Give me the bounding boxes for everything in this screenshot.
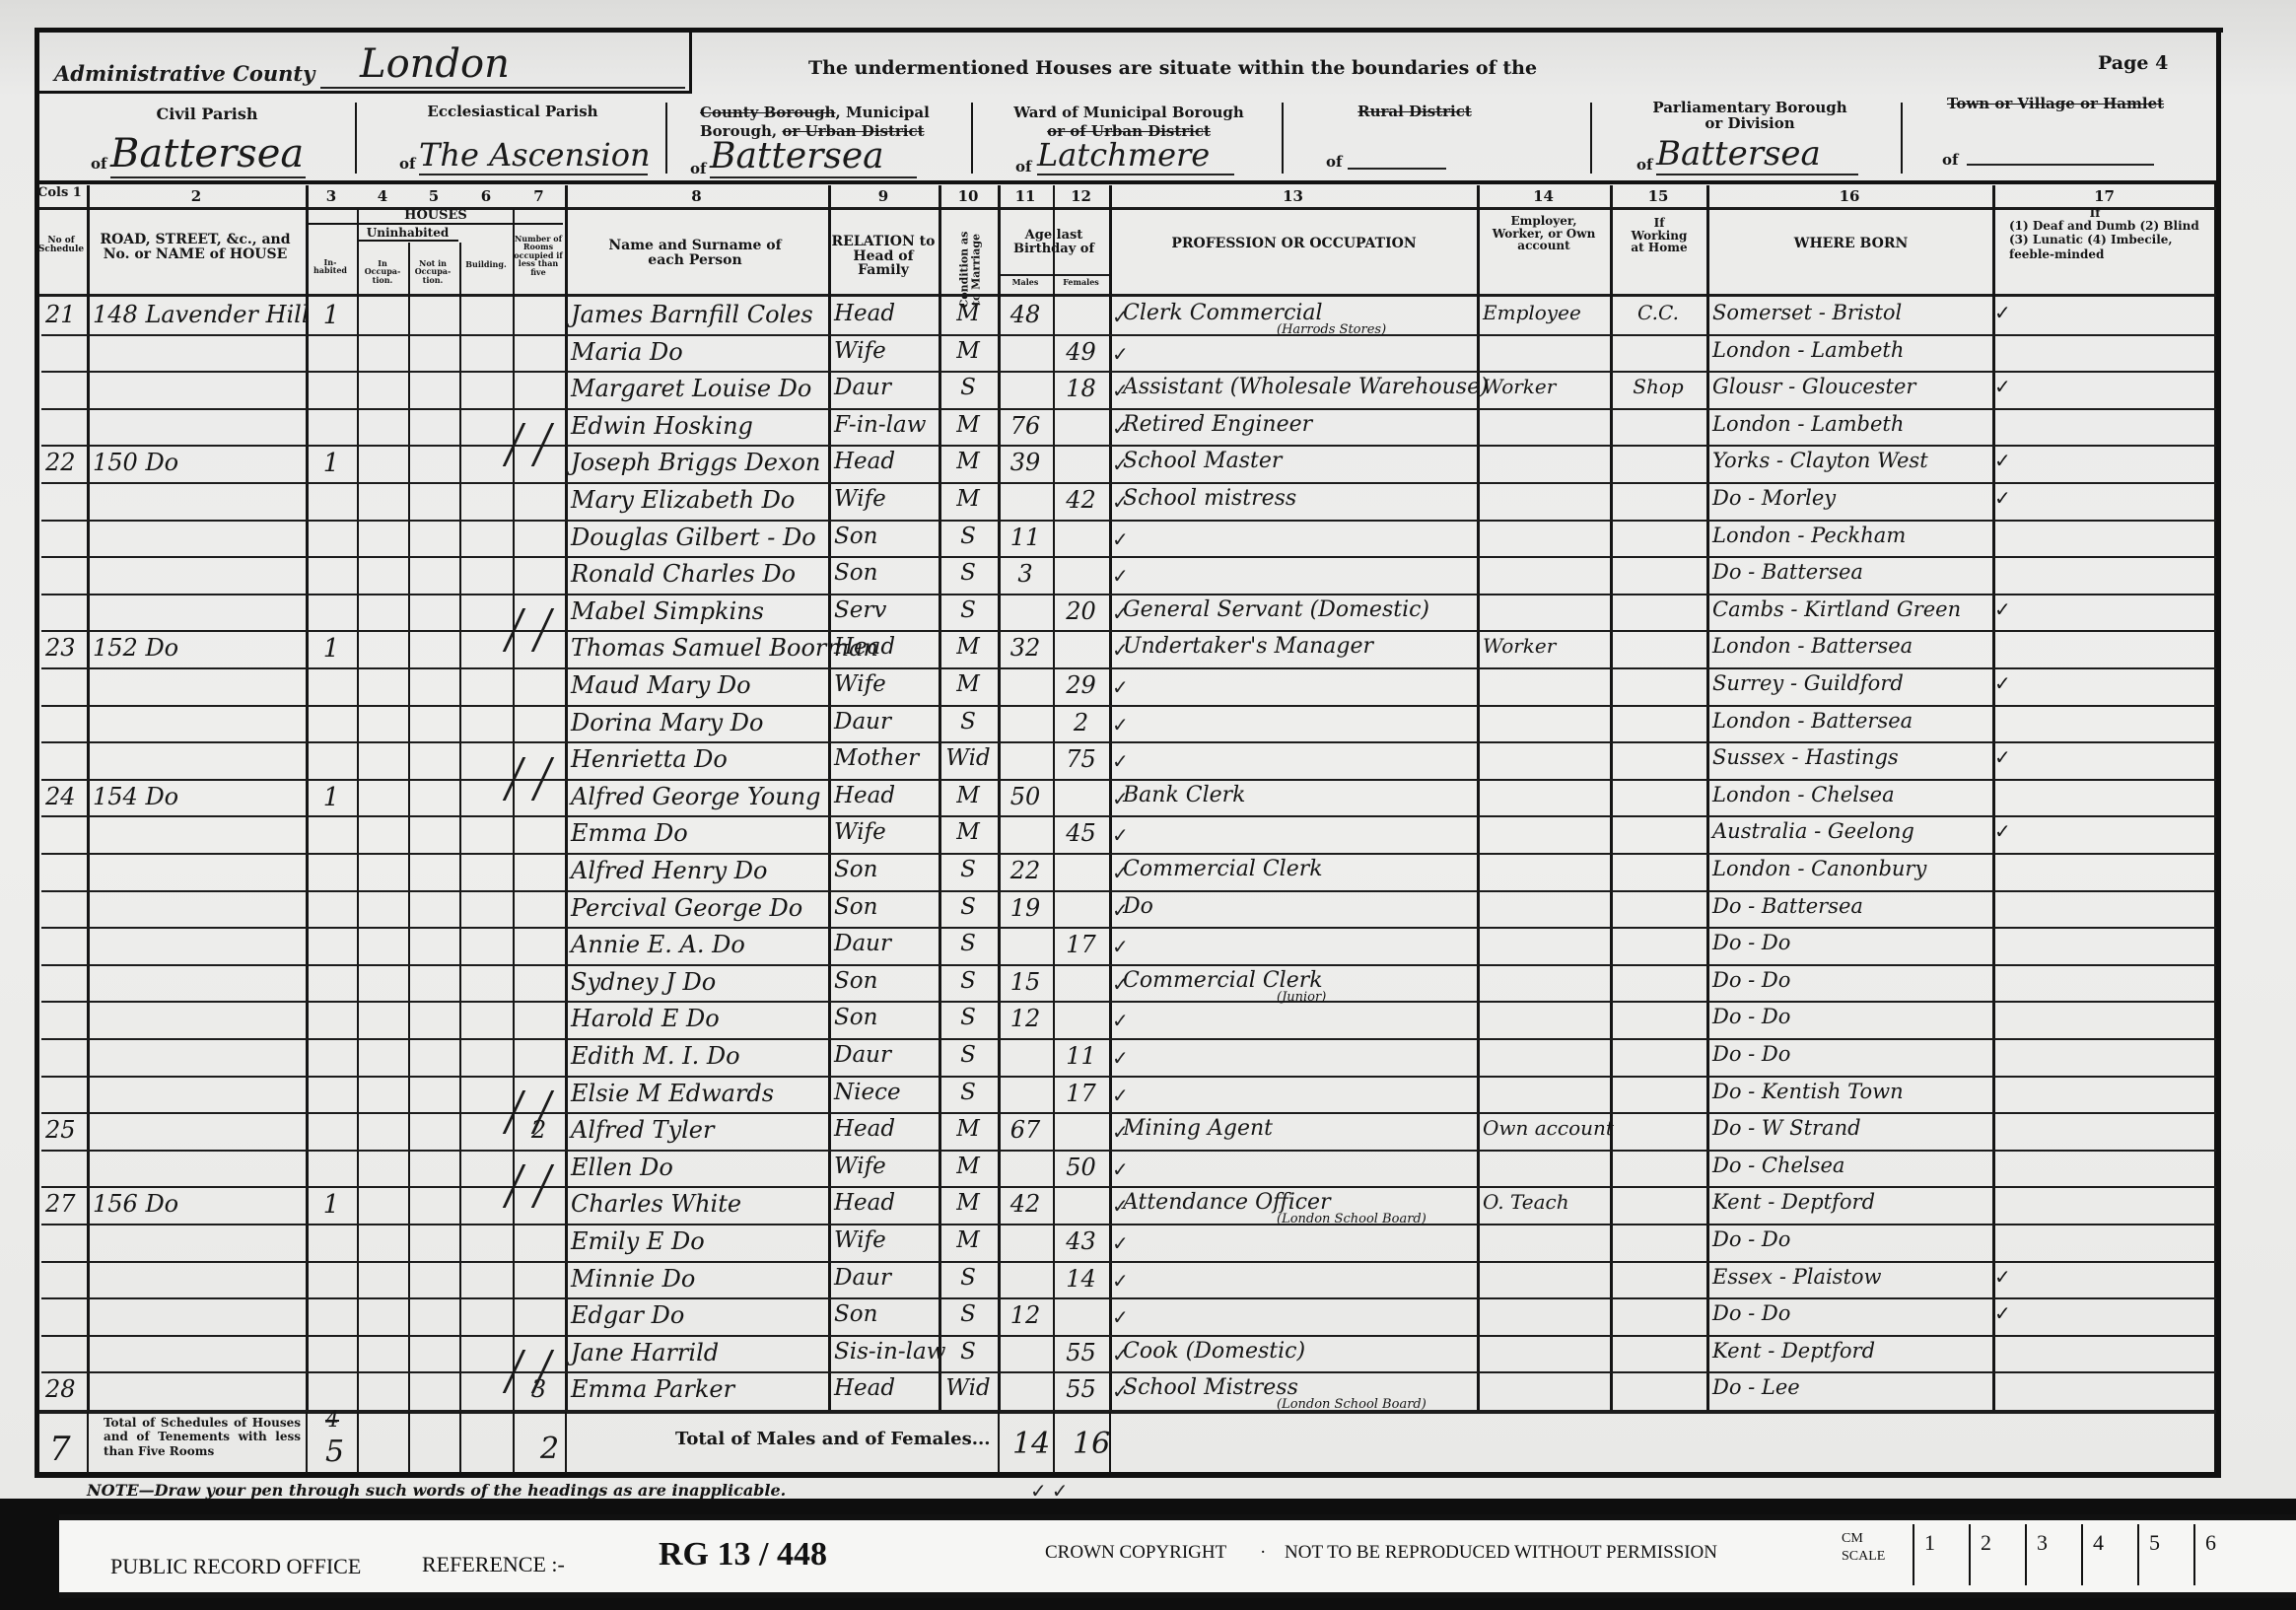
borough-label-struck: County Borough — [700, 104, 836, 121]
row-divider — [41, 445, 2216, 447]
row-divider — [41, 815, 2216, 817]
row-divider — [41, 1150, 2216, 1152]
cell-born: London - Lambeth — [1712, 338, 1904, 362]
cell-occupation: Cook (Domestic) — [1115, 1339, 1305, 1364]
footer-copyright: CROWN COPYRIGHT — [1045, 1542, 1226, 1564]
town-label: Town or Village or Hamlet — [1932, 97, 2179, 112]
cell-name: Minnie Do — [571, 1265, 695, 1293]
of-label: of — [1326, 153, 1342, 171]
cell-name: Ellen Do — [571, 1154, 673, 1181]
column-number: 11 — [998, 187, 1053, 205]
check-mark-icon: ✓ — [1112, 935, 1129, 959]
divider — [355, 103, 357, 174]
cell-male-age: 42 — [1004, 1190, 1047, 1218]
header-infirmity: (1) Deaf and Dumb (2) Blind (3) Lunatic … — [2009, 219, 2201, 261]
cell-name: Harold E Do — [571, 1005, 720, 1032]
column-number: 15 — [1610, 187, 1706, 205]
cell-born: Do - Lee — [1712, 1375, 1800, 1399]
cell-condition: M — [944, 1227, 992, 1253]
row-divider — [41, 1224, 2216, 1225]
page-number: Page 4 — [2098, 52, 2168, 74]
header-inhabited: In-habited — [308, 258, 353, 275]
cell-relation: Son — [834, 1005, 877, 1030]
row-divider — [41, 520, 2216, 522]
column-number: 5 — [408, 187, 459, 205]
cell-schedule: 27 — [45, 1190, 76, 1218]
cell-employer: Worker — [1483, 634, 1556, 658]
check-mark-icon: ✓ — [1112, 1231, 1129, 1256]
cell-occupation: Retired Engineer — [1115, 412, 1312, 437]
cell-female-age: 20 — [1059, 597, 1103, 625]
cell-born: Do - Do — [1712, 1005, 1790, 1028]
cell-condition: S — [944, 524, 992, 549]
header-females: Females — [1053, 278, 1109, 286]
cell-born: Essex - Plaistow — [1712, 1265, 1882, 1289]
scale-label: CM SCALE — [1842, 1530, 1885, 1566]
cell-male-age: 50 — [1004, 783, 1047, 810]
footer-permission: NOT TO BE REPRODUCED WITHOUT PERMISSION — [1285, 1542, 1717, 1564]
cell-born: London - Peckham — [1712, 524, 1906, 547]
cell-relation: Wife — [834, 819, 886, 845]
column-number: 14 — [1477, 187, 1610, 205]
check-mark-icon: ✓ — [1112, 1120, 1129, 1145]
check-mark-icon: ✓ — [1112, 342, 1129, 367]
cell-female-age: 11 — [1059, 1042, 1103, 1070]
cell-occupation: Bank Clerk — [1115, 783, 1246, 807]
cell-occupation-note: (London School Board) — [1277, 1212, 1426, 1226]
cell-relation: Wife — [834, 486, 886, 512]
cell-occupation: School Master — [1115, 449, 1282, 473]
header-infirmity-if: If — [2080, 207, 2110, 220]
cell-address: 152 Do — [93, 634, 178, 662]
cell-occupation: Assistant (Wholesale Warehouse) — [1115, 375, 1489, 399]
cell-relation: Serv — [834, 597, 886, 623]
cell-born: Do - Do — [1712, 1301, 1790, 1325]
cell-male-age: 32 — [1004, 634, 1047, 662]
header-employer: Employer, Worker, or Own account — [1491, 215, 1597, 252]
cell-condition: M — [944, 819, 992, 845]
cell-name: Emma Do — [571, 819, 688, 847]
row-divider — [41, 705, 2216, 707]
cell-born: London - Battersea — [1712, 634, 1913, 658]
check-mark-icon: ✓ — [1112, 675, 1129, 700]
check-mark-icon: ✓ — [1112, 490, 1129, 515]
cell-infirmity: ✓ — [1994, 1301, 2011, 1325]
cell-name: Edgar Do — [571, 1301, 684, 1329]
archive-footer: PUBLIC RECORD OFFICE REFERENCE :- RG 13 … — [0, 1499, 2296, 1610]
cell-relation: Son — [834, 524, 877, 549]
cell-born: London - Battersea — [1712, 709, 1913, 733]
cell-occupation-note: (Junior) — [1277, 990, 1326, 1005]
row-divider — [41, 741, 2216, 743]
cell-relation: Son — [834, 560, 877, 586]
header-name: Name and Surname of each Person — [591, 239, 799, 267]
cell-born: Surrey - Guildford — [1712, 671, 1904, 695]
cell-infirmity: ✓ — [1994, 1265, 2011, 1289]
header-schedule: No of Schedule — [37, 237, 85, 255]
cell-infirmity: ✓ — [1994, 819, 2011, 843]
column-number: 2 — [87, 187, 306, 205]
cell-name: Joseph Briggs Dexon — [571, 449, 820, 476]
borough-label: County Borough, Municipal Borough, or Ur… — [700, 104, 930, 141]
cell-condition: S — [944, 1005, 992, 1030]
column-divider — [1992, 185, 1995, 1410]
check-mark-icon: ✓ — [1112, 1046, 1129, 1071]
cell-infirmity: ✓ — [1994, 375, 2011, 398]
houses-divider — [459, 243, 461, 296]
check-mark-icon: ✓ — [1112, 379, 1129, 403]
row-divider — [41, 371, 2216, 373]
cell-relation: Wife — [834, 1227, 886, 1253]
check-mark-icon: ✓ — [1112, 1157, 1129, 1182]
total-houses-struck: 4 — [325, 1408, 339, 1433]
cell-name: Ronald Charles Do — [571, 560, 796, 588]
cell-home: Shop — [1616, 375, 1701, 398]
check-mark-icon: ✓ — [1112, 527, 1129, 552]
cell-condition: Wid — [944, 745, 992, 771]
check-mark-icon: ✓ — [1112, 1194, 1129, 1219]
age-divider — [1053, 274, 1055, 298]
cell-occupation: School mistress — [1115, 486, 1296, 511]
civil-parish-value: Battersea — [110, 131, 306, 178]
row-divider — [41, 779, 2216, 781]
cell-born: Somerset - Bristol — [1712, 301, 1902, 324]
totals-divider — [998, 1412, 1000, 1473]
column-number: 12 — [1053, 187, 1109, 205]
cell-address: 154 Do — [93, 783, 178, 810]
row-divider — [41, 1038, 2216, 1040]
cell-male-age: 3 — [1004, 560, 1047, 588]
column-divider — [828, 185, 831, 1410]
cell-relation: Niece — [834, 1080, 901, 1105]
cell-name: Elsie M Edwards — [571, 1080, 774, 1107]
cell-condition: M — [944, 1116, 992, 1142]
cell-female-age: 75 — [1059, 745, 1103, 773]
row-divider — [41, 594, 2216, 595]
cell-born: Do - Battersea — [1712, 894, 1863, 918]
check-mark-icon: ✓ — [1112, 1305, 1129, 1330]
cell-schedule: 22 — [45, 449, 76, 476]
cell-relation: Mother — [834, 745, 919, 771]
scale-mark: 1 — [1913, 1524, 1967, 1585]
cell-condition: S — [944, 560, 992, 586]
check-mark-icon: ✓ — [1112, 416, 1129, 441]
footer-reference-label: REFERENCE :- — [422, 1552, 565, 1577]
cell-condition: S — [944, 1080, 992, 1105]
ward-value: Latchmere — [1037, 136, 1234, 175]
column-divider — [939, 185, 941, 1410]
cell-born: Do - Morley — [1712, 486, 1836, 510]
cell-condition: S — [944, 375, 992, 400]
cell-condition: M — [944, 412, 992, 438]
header-in-occupation: In Occupa-tion. — [359, 259, 406, 284]
cell-condition: Wid — [944, 1375, 992, 1401]
of-label: of — [690, 160, 706, 177]
cell-born: Australia - Geelong — [1712, 819, 1914, 843]
total-schedules-count: 7 — [49, 1430, 71, 1469]
header-bottom-line — [39, 294, 2216, 297]
cell-condition: S — [944, 709, 992, 735]
cell-condition: M — [944, 486, 992, 512]
cell-schedule: 28 — [45, 1375, 76, 1403]
houses-divider — [408, 243, 410, 296]
census-page: Administrative County London The underme… — [0, 0, 2296, 1610]
cell-condition: M — [944, 783, 992, 808]
frame-bottom — [35, 1473, 2221, 1478]
column-number: 17 — [1992, 187, 2216, 205]
column-number: 16 — [1706, 187, 1992, 205]
cell-relation: Daur — [834, 1042, 891, 1068]
cell-born: London - Canonbury — [1712, 857, 1926, 880]
scale-mark: 4 — [2081, 1524, 2135, 1585]
outer-top-border — [35, 28, 2223, 33]
header-not-in-occupation: Not in Occupa-tion. — [409, 259, 456, 284]
totals-top-line — [39, 1410, 2216, 1414]
cell-relation: Head — [834, 1116, 895, 1142]
check-mark-icon: ✓ — [1112, 305, 1129, 329]
cell-male-age: 39 — [1004, 449, 1047, 476]
totals-divider — [565, 1412, 567, 1473]
check-mark-icon: ✓ — [1112, 898, 1129, 923]
totals-divider — [357, 1412, 359, 1473]
row-divider — [41, 482, 2216, 484]
row-divider — [41, 630, 2216, 632]
scale-mark: 2 — [1969, 1524, 2023, 1585]
cell-infirmity: ✓ — [1994, 301, 2011, 324]
cell-relation: Son — [834, 1301, 877, 1327]
check-mark-icon: ✓ — [1112, 787, 1129, 811]
total-persons-label: Total of Males and of Females... — [675, 1429, 991, 1449]
cell-infirmity: ✓ — [1994, 449, 2011, 472]
cell-name: Dorina Mary Do — [571, 709, 763, 736]
check-mark-icon: ✓ — [1112, 564, 1129, 589]
check-mark-icon: ✓ — [1112, 1379, 1129, 1404]
parliamentary-label-2: or Division — [1705, 114, 1794, 132]
cell-name: Charles White — [571, 1190, 741, 1218]
borough-value: Battersea — [710, 136, 917, 178]
cell-born: London - Chelsea — [1712, 783, 1895, 806]
totals-divider — [1109, 1412, 1111, 1473]
cell-occupation: Undertaker's Manager — [1115, 634, 1373, 659]
cell-name: Maud Mary Do — [571, 671, 751, 699]
cell-born: Kent - Deptford — [1712, 1190, 1875, 1214]
houses-divider — [357, 209, 359, 296]
cell-relation: Son — [834, 894, 877, 920]
cell-female-age: 17 — [1059, 931, 1103, 958]
cell-born: London - Lambeth — [1712, 412, 1904, 436]
cell-relation: Daur — [834, 1265, 891, 1291]
cell-female-age: 14 — [1059, 1265, 1103, 1293]
footer-office: PUBLIC RECORD OFFICE — [110, 1554, 361, 1579]
column-number: 13 — [1109, 187, 1477, 205]
column-number: 10 — [939, 187, 998, 205]
cell-schedule: 21 — [45, 301, 76, 328]
cell-condition: S — [944, 1301, 992, 1327]
cell-relation: Head — [834, 301, 895, 326]
cell-name: Emma Parker — [571, 1375, 734, 1403]
scale-mark: 3 — [2025, 1524, 2079, 1585]
cell-condition: M — [944, 634, 992, 660]
check-mark-icon: ✓ — [1112, 601, 1129, 626]
cell-occupation: School Mistress — [1115, 1375, 1298, 1400]
cell-condition: S — [944, 1265, 992, 1291]
row-divider — [41, 1335, 2216, 1337]
admin-county-label: Administrative County — [54, 61, 314, 86]
cell-inhabited: 1 — [312, 449, 351, 478]
scale-label-1: CM — [1842, 1531, 1863, 1546]
cell-name: Edwin Hosking — [571, 412, 753, 440]
cell-name: Alfred George Young — [571, 783, 821, 810]
note: NOTE—Draw your pen through such words of… — [87, 1481, 786, 1500]
cell-born: Do - Do — [1712, 931, 1790, 954]
cell-condition: M — [944, 301, 992, 326]
cell-condition: S — [944, 857, 992, 882]
cell-condition: S — [944, 894, 992, 920]
cell-inhabited: 1 — [312, 783, 351, 812]
column-number: 4 — [357, 187, 408, 205]
check-mark-icon: ✓ — [1112, 1343, 1129, 1367]
town-value — [1967, 146, 2154, 166]
admin-county-value: London — [320, 41, 685, 89]
parliamentary-label: Parliamentary Borough or Division — [1617, 101, 1883, 132]
header-males: Males — [998, 278, 1053, 286]
header-relation: RELATION to Head of Family — [830, 235, 937, 278]
cell-address: 150 Do — [93, 449, 178, 476]
cell-name: Margaret Louise Do — [571, 375, 811, 402]
cell-employer: Worker — [1483, 375, 1556, 398]
cell-condition: M — [944, 449, 992, 474]
cell-male-age: 19 — [1004, 894, 1047, 922]
cell-female-age: 55 — [1059, 1339, 1103, 1366]
cell-inhabited: 1 — [312, 1190, 351, 1220]
cell-condition: S — [944, 1042, 992, 1068]
cell-born: Do - Chelsea — [1712, 1154, 1844, 1177]
rural-district-label: Rural District — [1341, 105, 1489, 120]
cell-male-age: 15 — [1004, 968, 1047, 996]
check-mark-icon: ✓ — [1112, 1009, 1129, 1033]
of-label: of — [1942, 151, 1958, 169]
ward-label: Ward of Municipal Borough or of Urban Di… — [1006, 104, 1252, 141]
column-number: 7 — [513, 187, 565, 205]
ward-label-text: Ward of Municipal Borough — [1013, 104, 1244, 121]
header-rooms: Number of Rooms occupied if less than fi… — [514, 235, 563, 276]
cell-occupation: General Servant (Domestic) — [1115, 597, 1429, 622]
cell-relation: Son — [834, 857, 877, 882]
cell-condition: S — [944, 597, 992, 623]
cell-male-age: 11 — [1004, 524, 1047, 551]
cell-female-age: 45 — [1059, 819, 1103, 847]
boundary-statement: The undermentioned Houses are situate wi… — [808, 57, 1537, 79]
cell-infirmity: ✓ — [1994, 597, 2011, 621]
scale-mark: 6 — [2193, 1524, 2248, 1585]
row-divider — [41, 1001, 2216, 1003]
footer-separator: · — [1260, 1542, 1266, 1564]
check-mark-icon: ✓ — [1112, 861, 1129, 885]
cell-name: Thomas Samuel Boorman — [571, 634, 878, 662]
cell-relation: Head — [834, 783, 895, 808]
header-uninhabited: Uninhabited — [357, 227, 458, 242]
cell-name: Percival George Do — [571, 894, 802, 922]
cell-born: Glousr - Gloucester — [1712, 375, 1915, 398]
column-divider — [87, 185, 90, 1410]
row-divider — [41, 964, 2216, 966]
column-divider — [1053, 185, 1055, 1410]
cell-schedule: 25 — [45, 1116, 76, 1144]
cell-female-age: 2 — [1059, 709, 1103, 736]
cell-relation: Wife — [834, 1154, 886, 1179]
cell-female-age: 17 — [1059, 1080, 1103, 1107]
header-working-home: If Working at Home — [1627, 217, 1692, 254]
header-road: ROAD, STREET, &c., and No. or NAME of HO… — [91, 233, 300, 261]
cell-condition: M — [944, 338, 992, 364]
houses-divider — [513, 209, 515, 296]
divider — [1282, 103, 1284, 174]
cell-relation: Son — [834, 968, 877, 994]
cell-employer: Own account — [1483, 1116, 1614, 1140]
cell-name: Maria Do — [571, 338, 683, 366]
column-number: 9 — [828, 187, 939, 205]
cell-male-age: 48 — [1004, 301, 1047, 328]
row-divider — [41, 1076, 2216, 1078]
cols-label: Cols 1 — [37, 185, 82, 200]
cell-name: James Barnfill Coles — [571, 301, 813, 328]
check-mark-icon: ✓ — [1112, 1084, 1129, 1108]
row-divider — [41, 667, 2216, 669]
outer-right-border — [2216, 28, 2221, 1477]
ecclesiastical-parish-label: Ecclesiastical Parish — [414, 105, 611, 120]
cell-name: Emily E Do — [571, 1227, 705, 1255]
column-divider — [565, 185, 568, 1410]
scale-label-2: SCALE — [1842, 1549, 1885, 1564]
parliamentary-value: Battersea — [1656, 134, 1858, 175]
cell-male-age: 12 — [1004, 1301, 1047, 1329]
of-label: of — [399, 155, 415, 173]
column-divider — [1610, 185, 1613, 1410]
cell-address: 156 Do — [93, 1190, 178, 1218]
totals-divider — [87, 1412, 89, 1473]
cell-relation: Head — [834, 449, 895, 474]
cell-infirmity: ✓ — [1994, 671, 2011, 695]
cell-relation: Wife — [834, 338, 886, 364]
row-divider — [41, 1261, 2216, 1263]
cell-female-age: 50 — [1059, 1154, 1103, 1181]
total-males: 14 — [1012, 1427, 1050, 1461]
cell-male-age: 67 — [1004, 1116, 1047, 1144]
header-building: Building. — [460, 260, 512, 268]
cell-relation: Daur — [834, 709, 891, 735]
total-females: 16 — [1073, 1427, 1110, 1461]
check-mark-icon: ✓ — [1112, 638, 1129, 663]
column-number: 6 — [459, 187, 513, 205]
cell-relation: Head — [834, 1375, 895, 1401]
cell-employer: O. Teach — [1483, 1190, 1569, 1214]
row-divider — [41, 408, 2216, 410]
row-divider — [41, 556, 2216, 558]
row-divider — [41, 890, 2216, 892]
cell-name: Alfred Henry Do — [571, 857, 768, 884]
cell-name: Douglas Gilbert - Do — [571, 524, 816, 551]
of-label: of — [1636, 156, 1652, 174]
header-houses: HOUSES — [309, 209, 563, 225]
cell-relation: F-in-law — [834, 412, 926, 438]
divider — [1590, 103, 1592, 174]
check-mark-icon: ✓ — [1112, 749, 1129, 774]
of-label: of — [1015, 158, 1031, 175]
column-number: 3 — [306, 187, 357, 205]
rural-district-value — [1348, 148, 1446, 170]
cell-name: Sydney J Do — [571, 968, 716, 996]
footer-band: PUBLIC RECORD OFFICE REFERENCE :- RG 13 … — [59, 1514, 2296, 1598]
